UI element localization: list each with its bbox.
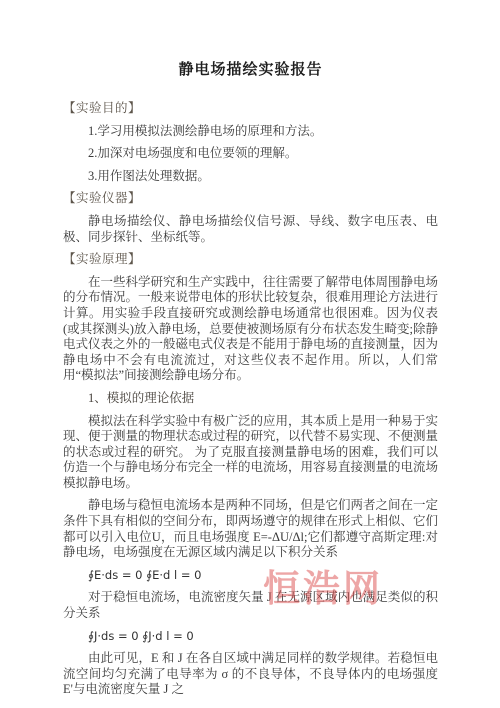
objective-item-1: 1.学习用模拟法测绘静电场的原理和方法。 xyxy=(63,124,438,140)
principle-paragraph-1: 在一些科学研究和生产实践中，往往需要了解带电体周围静电场的分布情况。一般来说带电… xyxy=(63,275,438,384)
document-content: 静电场描绘实验报告 【实验目的】 1.学习用模拟法测绘静电场的原理和方法。 2.… xyxy=(63,60,438,705)
subheading-theory-basis: 1、模拟的理论依据 xyxy=(63,391,438,407)
formula-electric-field-integrals: ∮E·ds = 0 ∮E·d l = 0 xyxy=(63,568,438,584)
document-page: 静电场描绘实验报告 【实验目的】 1.学习用模拟法测绘静电场的原理和方法。 2.… xyxy=(0,0,500,708)
theory-paragraph-2: 静电场与稳恒电流场本是两种不同场，但是它们两者之间在一定条件下具有相似的空间分布… xyxy=(63,498,438,560)
section-heading-purpose: 【实验目的】 xyxy=(63,101,438,117)
current-field-paragraph: 对于稳恒电流场，电流密度矢量 J 在无源区域内也满足类似的积分关系 xyxy=(63,590,438,621)
formula-current-density-integrals: ∮J·ds = 0 ∮J·d l = 0 xyxy=(63,629,438,645)
instruments-paragraph: 静电场描绘仪、静电场描绘仪信号源、导线、数字电压表、电极、同步探针、坐标纸等。 xyxy=(63,214,438,245)
objective-item-3: 3.用作图法处理数据。 xyxy=(63,169,438,185)
theory-paragraph-1: 模拟法在科学实验中有极广泛的应用，其本质上是用一种易于实现、便于测量的物理状态或… xyxy=(63,414,438,492)
objective-item-2: 2.加深对电场强度和电位要领的理解。 xyxy=(63,146,438,162)
section-heading-instruments: 【实验仪器】 xyxy=(63,191,438,207)
section-heading-principle: 【实验原理】 xyxy=(63,252,438,268)
conclusion-paragraph: 由此可见，E 和 J 在各自区域中满足同样的数学规律。若稳恒电流空间均匀充满了电… xyxy=(63,651,438,698)
document-title: 静电场描绘实验报告 xyxy=(63,60,438,80)
